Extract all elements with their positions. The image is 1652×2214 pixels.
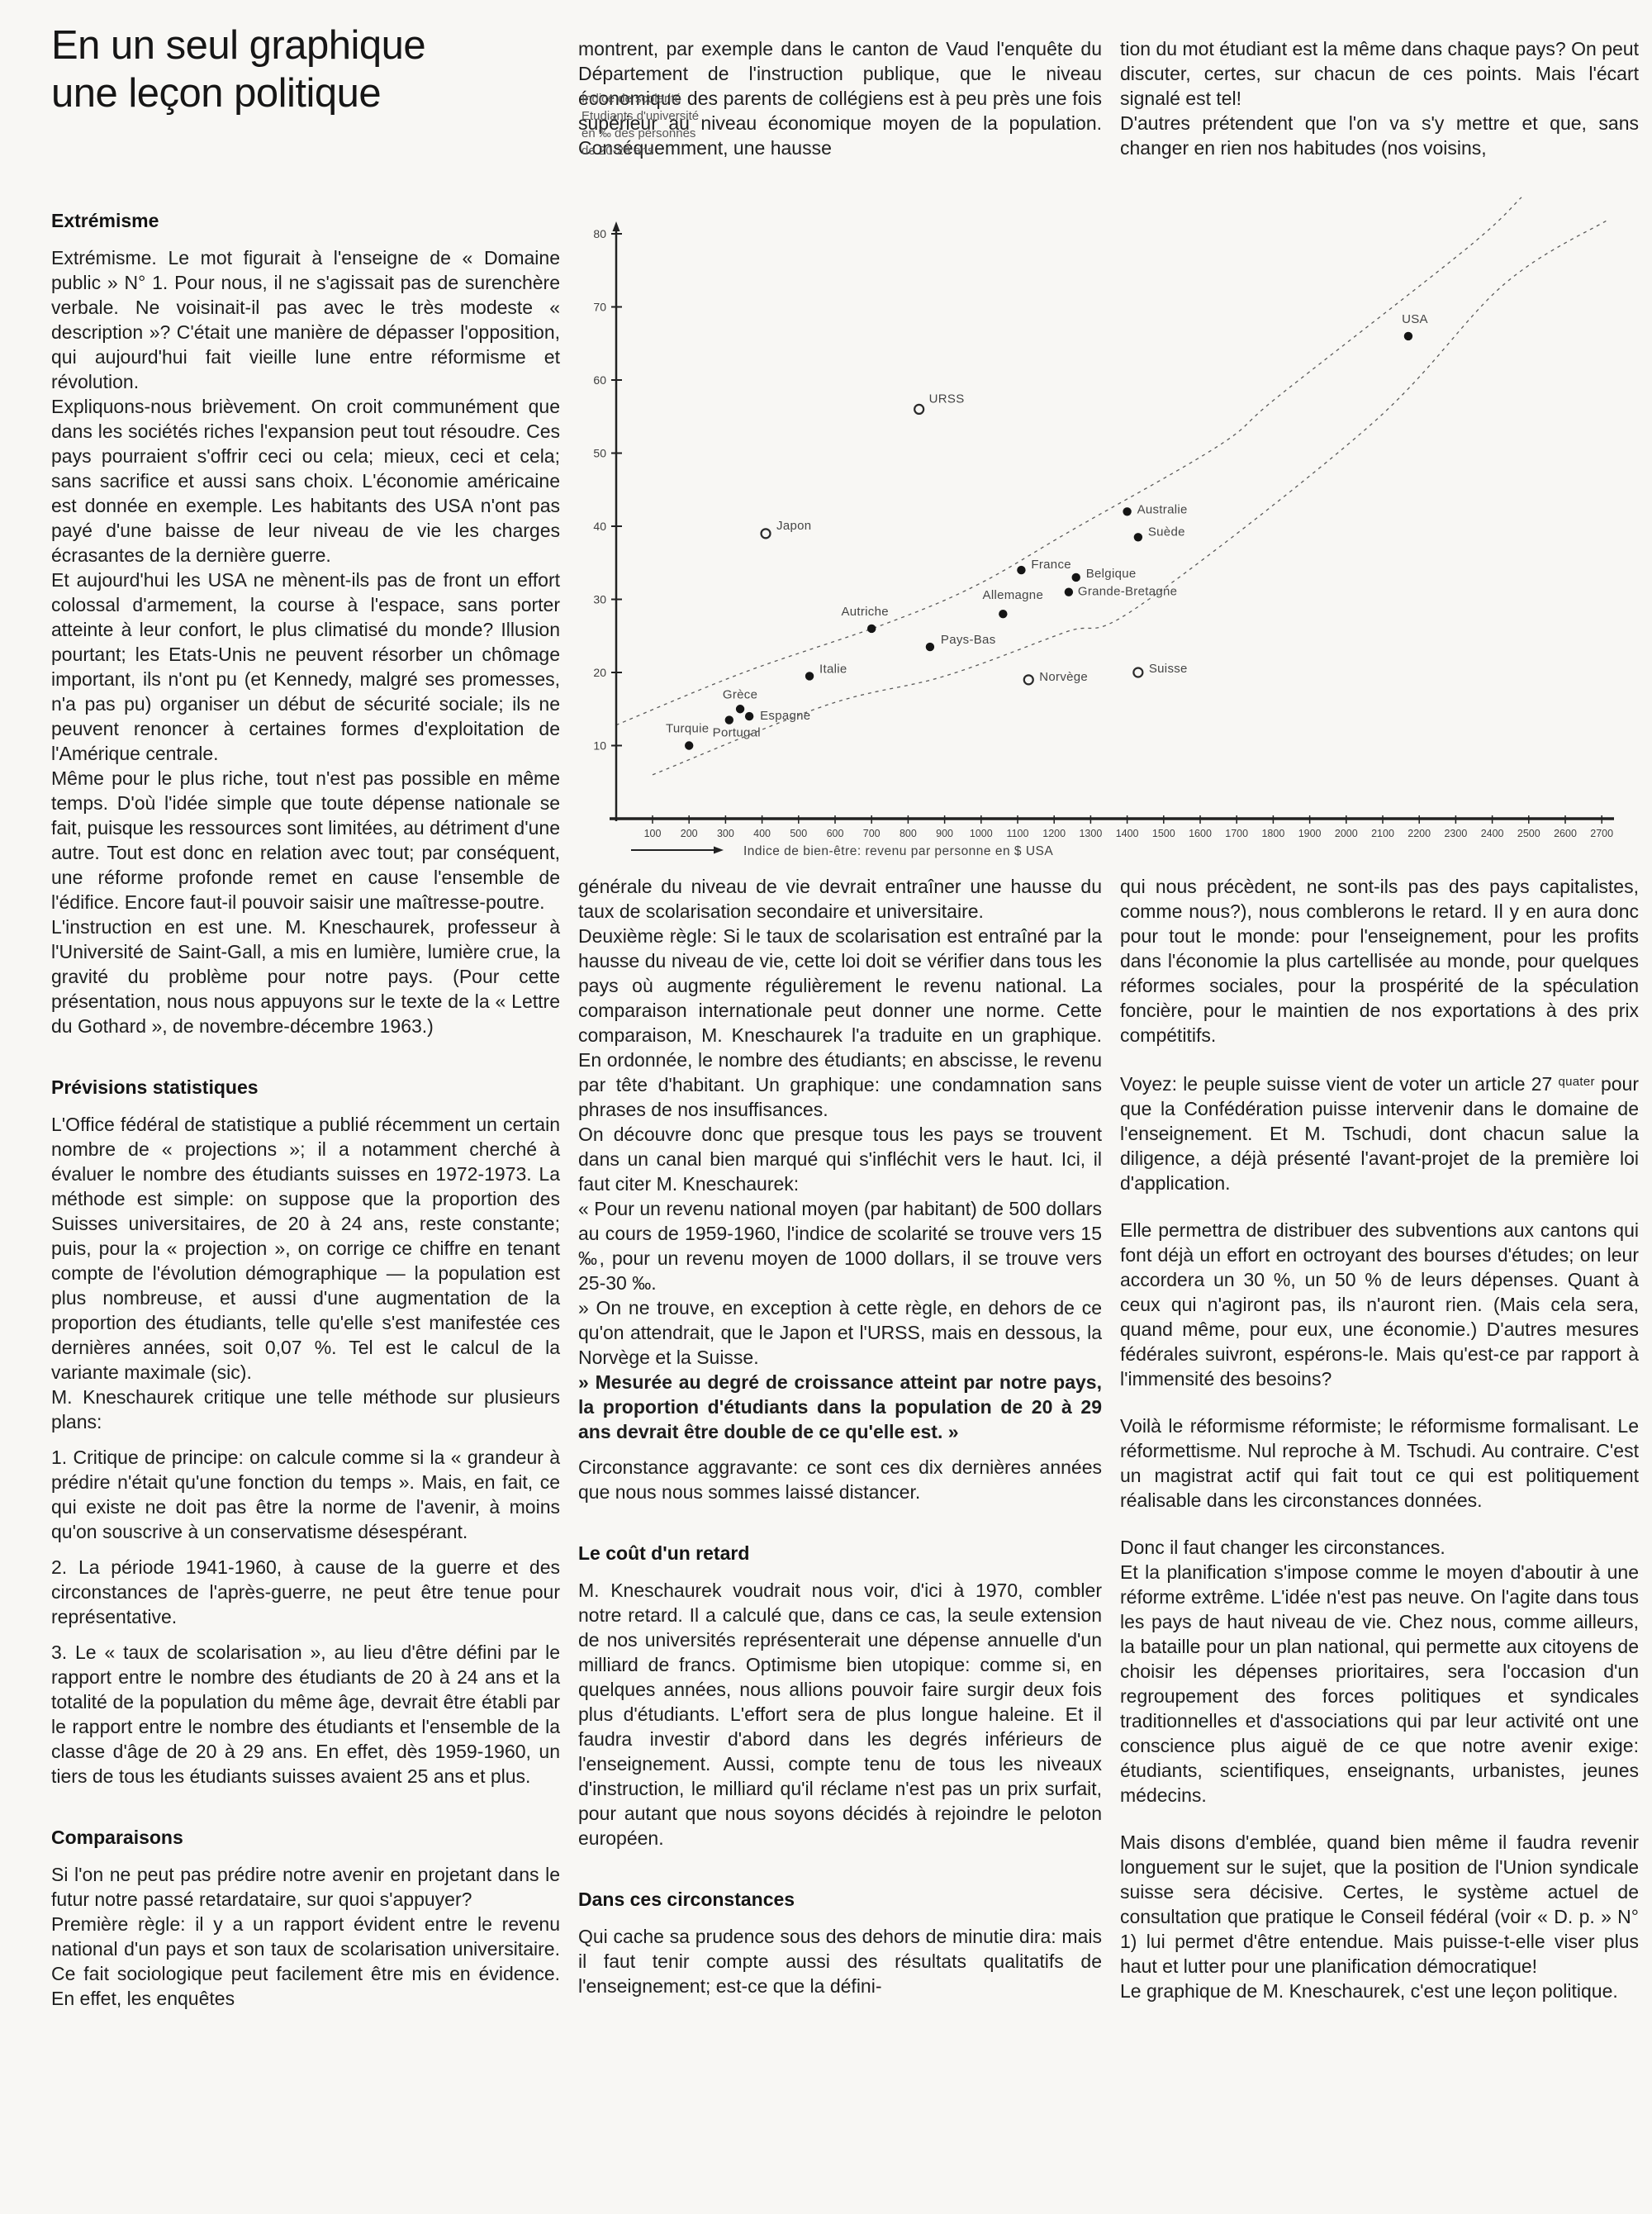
data-point [867, 625, 876, 633]
x-tick-label: 500 [790, 828, 807, 839]
section-heading-previsions: Prévisions statistiques [51, 1075, 560, 1100]
x-tick-label: 800 [900, 828, 917, 839]
x-tick-label: 100 [644, 828, 662, 839]
x-tick-label: 1000 [970, 828, 993, 839]
column-left: Extrémisme Extrémisme. Le mot figurait à… [51, 208, 560, 2011]
column-right: qui nous précèdent, ne sont-ils pas des … [1120, 874, 1639, 2003]
data-point-label: Espagne [760, 709, 810, 723]
x-tick-label: 1400 [1116, 828, 1139, 839]
paragraph: générale du niveau de vie devrait entraî… [578, 874, 1102, 924]
data-point-label: Grèce [723, 687, 757, 701]
section-heading-comparaisons: Comparaisons [51, 1825, 560, 1850]
paragraph: L'instruction en est une. M. Kneschaurek… [51, 915, 560, 1038]
data-point-label: USA [1402, 312, 1428, 326]
x-tick-label: 2600 [1554, 828, 1577, 839]
quote-paragraph: » On ne trouve, en exception à cette règ… [578, 1295, 1102, 1370]
data-point [999, 610, 1007, 618]
y-tick-label: 40 [593, 520, 606, 533]
paragraph-text: Voyez: le peuple suisse vient de voter u… [1120, 1073, 1558, 1095]
bold-quote-paragraph: » Mesurée au degré de croissance atteint… [578, 1370, 1102, 1444]
data-point [805, 672, 814, 680]
paragraph: Donc il faut changer les circonstances. [1120, 1535, 1639, 1560]
paragraph: Le graphique de M. Kneschaurek, c'est un… [1120, 1979, 1639, 2003]
data-point [685, 741, 693, 749]
x-tick-label: 2200 [1408, 828, 1431, 839]
paragraph: Deuxième règle: Si le taux de scolarisat… [578, 924, 1102, 1122]
data-point [1065, 587, 1073, 596]
y-axis-caption-line: en ‰ des personnes [582, 126, 695, 140]
x-tick-label: 2100 [1371, 828, 1394, 839]
y-axis-caption-line: Etudiants d'université [582, 109, 699, 123]
paragraph: Elle permettra de distribuer des subvent… [1120, 1218, 1639, 1391]
data-point-label: Allemagne [983, 588, 1044, 602]
data-point-label: URSS [929, 392, 965, 406]
data-point-open [762, 529, 771, 538]
y-tick-label: 20 [593, 666, 606, 679]
y-tick-label: 70 [593, 301, 606, 314]
y-tick-label: 30 [593, 593, 606, 606]
data-point [1017, 566, 1025, 574]
paragraph: Extrémisme. Le mot figurait à l'enseigne… [51, 245, 560, 394]
data-point-label: Belgique [1086, 567, 1137, 581]
data-point [1123, 507, 1131, 515]
quote-paragraph: « Pour un revenu national moyen (par hab… [578, 1196, 1102, 1295]
paragraph: qui nous précèdent, ne sont-ils pas des … [1120, 874, 1639, 1048]
x-tick-label: 1700 [1225, 828, 1248, 839]
column-middle: générale du niveau de vie devrait entraî… [578, 874, 1102, 1998]
data-point-open [1133, 668, 1142, 677]
paragraph: Expliquons-nous brièvement. On croit com… [51, 394, 560, 568]
data-point-label: Grande-Bretagne [1078, 585, 1177, 599]
x-tick-label: 900 [936, 828, 953, 839]
x-tick-label: 1100 [1007, 828, 1029, 839]
scatter-chart: 8070605040302010100200300400500600700800… [578, 89, 1652, 874]
data-point [745, 712, 753, 720]
data-point-label: Japon [776, 519, 811, 533]
section-heading-cout-retard: Le coût d'un retard [578, 1541, 1102, 1565]
x-tick-label: 600 [827, 828, 844, 839]
x-tick-label: 1600 [1189, 828, 1212, 839]
y-tick-label: 80 [593, 227, 606, 240]
paragraph: Et la planification s'impose comme le mo… [1120, 1560, 1639, 1808]
paragraph: Première règle: il y a un rapport éviden… [51, 1912, 560, 2011]
paragraph-article-27: Voyez: le peuple suisse vient de voter u… [1120, 1070, 1639, 1195]
y-tick-label: 10 [593, 739, 606, 753]
data-point-label: Suisse [1149, 662, 1188, 676]
paragraph: L'Office fédéral de statistique a publié… [51, 1112, 560, 1385]
band-lower-curve [653, 219, 1609, 775]
paragraph: Qui cache sa prudence sous des dehors de… [578, 1924, 1102, 1998]
data-point [1072, 573, 1080, 582]
data-point-open [1024, 675, 1033, 684]
data-point-label: Pays-Bas [941, 633, 996, 647]
newspaper-page: En un seul graphiqueune leçon politique … [0, 0, 1652, 2214]
paragraph: M. Kneschaurek critique une telle méthod… [51, 1385, 560, 1434]
article-title-line1: En un seul graphique [51, 23, 425, 68]
data-point-label: Turquie [666, 722, 709, 736]
data-point-label: Norvège [1039, 670, 1088, 684]
x-axis-arrow-head [714, 847, 724, 854]
data-point-open [914, 405, 923, 414]
data-point-label: Portugal [713, 726, 761, 740]
x-tick-label: 1300 [1079, 828, 1102, 839]
x-tick-label: 1200 [1042, 828, 1066, 839]
section-heading-circonstances: Dans ces circonstances [578, 1887, 1102, 1912]
data-point-label: Autriche [841, 605, 888, 619]
paragraph: Même pour le plus riche, tout n'est pas … [51, 766, 560, 915]
scatter-plot-svg: 8070605040302010100200300400500600700800… [578, 89, 1652, 874]
list-item-1: 1. Critique de principe: on calcule comm… [51, 1445, 560, 1544]
x-tick-label: 1500 [1152, 828, 1175, 839]
paragraph: Mais disons d'emblée, quand bien même il… [1120, 1830, 1639, 1979]
x-tick-label: 2500 [1517, 828, 1540, 839]
paragraph: Circonstance aggravante: ce sont ces dix… [578, 1455, 1102, 1504]
x-tick-label: 700 [863, 828, 881, 839]
band-upper-curve [616, 197, 1521, 725]
data-point [736, 705, 744, 713]
list-item-3: 3. Le « taux de scolarisation », au lieu… [51, 1640, 560, 1789]
data-point-label: France [1031, 558, 1071, 572]
list-item-2: 2. La période 1941-1960, à cause de la g… [51, 1555, 560, 1629]
data-point [926, 643, 934, 651]
x-tick-label: 2400 [1481, 828, 1504, 839]
data-point [725, 715, 733, 724]
paragraph: M. Kneschaurek voudrait nous voir, d'ici… [578, 1578, 1102, 1851]
data-point [1404, 332, 1412, 340]
y-axis-caption-line: de 20-29 ans [582, 144, 654, 158]
x-tick-label: 1900 [1298, 828, 1322, 839]
section-heading-extremisme: Extrémisme [51, 208, 560, 233]
y-axis-arrow [613, 221, 620, 231]
data-point-label: Suède [1148, 525, 1185, 539]
paragraph: Et aujourd'hui les USA ne mènent-ils pas… [51, 568, 560, 766]
x-axis-caption: Indice de bien-être: revenu par personne… [743, 844, 1053, 858]
data-point-label: Italie [819, 662, 847, 676]
x-tick-label: 2000 [1335, 828, 1358, 839]
x-tick-label: 1800 [1261, 828, 1284, 839]
article-title-line2: une leçon politique [51, 71, 381, 116]
y-tick-label: 50 [593, 447, 606, 460]
y-axis-caption-line: Indice de scolarité [582, 92, 681, 106]
article-title: En un seul graphiqueune leçon politique [51, 21, 425, 117]
data-point [1134, 533, 1142, 541]
x-tick-label: 200 [681, 828, 698, 839]
x-tick-label: 400 [753, 828, 771, 839]
data-point-label: Australie [1137, 502, 1188, 516]
y-tick-label: 60 [593, 373, 606, 387]
superscript-quater: quater [1558, 1075, 1594, 1089]
x-tick-label: 2700 [1590, 828, 1613, 839]
paragraph: Voilà le réformisme réformiste; le réfor… [1120, 1413, 1639, 1513]
x-tick-label: 2300 [1444, 828, 1467, 839]
x-tick-label: 300 [717, 828, 734, 839]
paragraph: Si l'on ne peut pas prédire notre avenir… [51, 1862, 560, 1912]
paragraph: On découvre donc que presque tous les pa… [578, 1122, 1102, 1196]
